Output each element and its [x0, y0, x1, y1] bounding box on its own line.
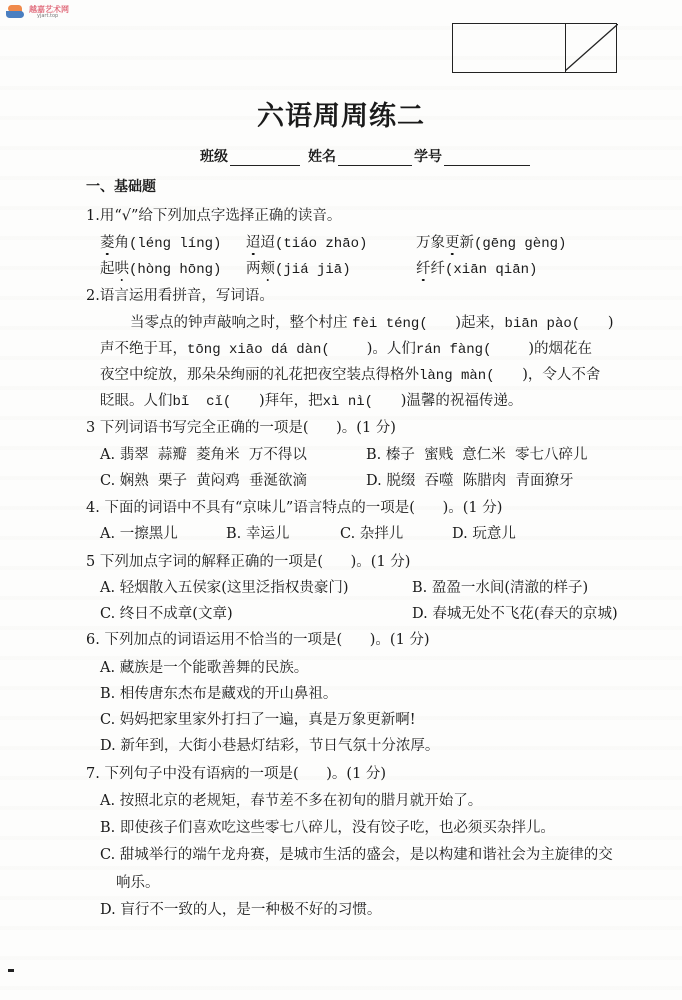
- student-number-field[interactable]: [444, 151, 530, 166]
- q7-option-d[interactable]: D. 盲行不一致的人，是一种极不好的习惯。: [100, 898, 381, 919]
- class-field[interactable]: [230, 151, 300, 166]
- logo-icon: [6, 5, 26, 19]
- score-box: [452, 23, 617, 73]
- q5-option-b[interactable]: B. 盈盈一水间(清澈的样子): [412, 576, 588, 597]
- q5-prompt: 5 下列加点字词的解释正确的一项是( )。(1 分): [86, 550, 410, 571]
- q3-option-b[interactable]: B. 榛子 蜜贱 意仁米 零七八碎儿: [366, 443, 588, 464]
- diagonal-slash-icon: [565, 24, 618, 71]
- q4-option-a[interactable]: A. 一擦黑儿: [100, 522, 178, 543]
- q5-option-d[interactable]: D. 春城无处不飞花(春天的京城): [412, 602, 618, 623]
- q2-line: 声不绝于耳，tōng xiāo dá dàn( )。人们rán fàng( )的…: [100, 337, 592, 358]
- student-info-row: 班级 姓名 学号: [200, 146, 532, 166]
- q4-option-b[interactable]: B. 幸运儿: [226, 522, 289, 543]
- q1-item: 迢迢(tiáo zhāo): [246, 231, 367, 252]
- q7-option-c[interactable]: C. 甜城举行的端午龙舟赛，是城市生活的盛会，是以构建和谐社会为主旋律的交: [100, 843, 613, 864]
- student-number-label: 学号: [414, 146, 442, 166]
- q6-option-d[interactable]: D. 新年到，大街小巷悬灯结彩，节日气氛十分浓厚。: [100, 734, 439, 755]
- q1-item: 菱角(léng líng): [100, 231, 221, 252]
- q1-prompt: 1.用“√”给下列加点字选择正确的读音。: [86, 204, 341, 225]
- watermark-url: yjart.top: [37, 14, 69, 19]
- q7-option-c-continued: 响乐。: [116, 871, 160, 892]
- q2-prompt: 2.语言运用看拼音，写词语。: [86, 284, 274, 305]
- q4-option-c[interactable]: C. 杂拌儿: [340, 522, 403, 543]
- q3-prompt: 3 下列词语书写完全正确的一项是( )。(1 分): [86, 416, 396, 437]
- q7-prompt: 7. 下列句子中没有语病的一项是( )。(1 分): [86, 762, 386, 783]
- q5-option-a[interactable]: A. 轻烟散入五侯家(这里泛指权贵豪门): [100, 576, 349, 597]
- q1-item: 万象更新(gēng gèng): [416, 231, 566, 252]
- q1-item: 起哄(hòng hōng): [100, 257, 221, 278]
- page-title: 六语周周练二: [0, 94, 682, 133]
- q6-prompt: 6. 下列加点的词语运用不恰当的一项是( )。(1 分): [86, 628, 430, 649]
- q6-option-b[interactable]: B. 相传唐东杰布是藏戏的开山鼻祖。: [100, 682, 337, 703]
- watermark-logo: 越嘉艺术网 yjart.top: [6, 5, 69, 19]
- name-label: 姓名: [308, 146, 336, 166]
- q6-option-c[interactable]: C. 妈妈把家里家外打扫了一遍，真是万象更新啊!: [100, 708, 416, 729]
- scan-mark: [8, 969, 14, 972]
- q4-prompt: 4. 下面的词语中不具有“京味儿”语言特点的一项是( )。(1 分): [86, 496, 502, 517]
- section-heading: 一、基础题: [86, 176, 156, 196]
- q2-line: 眨眼。人们bǐ cǐ( )拜年，把xì nì( )温馨的祝福传递。: [100, 389, 522, 410]
- name-field[interactable]: [338, 151, 412, 166]
- q2-line: 当零点的钟声敲响之时，整个村庄 fèi téng( )起来，biān pào( …: [130, 311, 613, 332]
- q1-item: 纤纤(xiān qiān): [416, 257, 537, 278]
- q3-option-c[interactable]: C. 娴熟 栗子 黄闷鸡 垂涎欲滴: [100, 469, 307, 490]
- q3-option-a[interactable]: A. 翡翠 蒜瓣 菱角米 万不得以: [100, 443, 307, 464]
- q7-option-b[interactable]: B. 即使孩子们喜欢吃这些零七八碎儿，没有饺子吃，也必须买杂拌儿。: [100, 816, 555, 837]
- q2-line: 夜空中绽放，那朵朵绚丽的礼花把夜空装点得格外làng màn( )，令人不舍: [100, 363, 600, 384]
- class-label: 班级: [200, 146, 228, 166]
- q3-option-d[interactable]: D. 脱缀 吞噬 陈腊肉 青面獠牙: [366, 469, 573, 490]
- q1-item: 两颊(jiá jiā): [246, 257, 351, 278]
- q5-option-c[interactable]: C. 终日不成章(文章): [100, 602, 233, 623]
- q6-option-a[interactable]: A. 藏族是一个能歌善舞的民族。: [100, 656, 308, 677]
- q7-option-a[interactable]: A. 按照北京的老规矩，春节差不多在初旬的腊月就开始了。: [100, 789, 482, 810]
- q4-option-d[interactable]: D. 玩意儿: [452, 522, 516, 543]
